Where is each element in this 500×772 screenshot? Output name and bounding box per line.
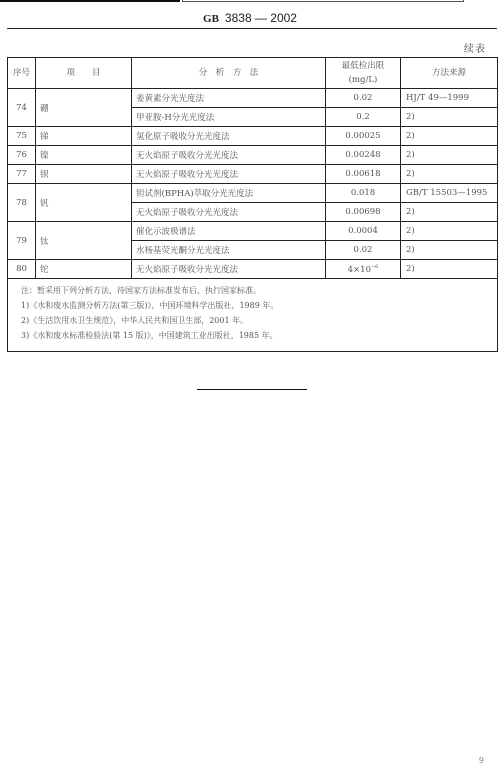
- col-header-limit-line1: 最低检出限: [330, 59, 396, 73]
- row-method: 水杨基荧光酮分光光度法: [132, 241, 326, 260]
- col-header-no: 序号: [8, 58, 36, 89]
- table-row: 74 硼 姜黄素分光光度法 0.02 HJ/T 49—1999: [8, 89, 498, 108]
- row-source: 2): [401, 241, 498, 260]
- row-limit: 0.00248: [326, 146, 401, 165]
- table-row: 76 镍 无火焰原子吸收分光光度法 0.00248 2): [8, 146, 498, 165]
- row-limit: 4×10−6: [326, 260, 401, 279]
- col-header-method: 分 析 方 法: [132, 58, 326, 89]
- top-scan-edge: [182, 0, 464, 2]
- document-end-rule: [197, 389, 307, 390]
- row-limit: 0.2: [326, 108, 401, 127]
- row-source: 2): [401, 127, 498, 146]
- row-method: 无火焰原子吸收分光光度法: [132, 146, 326, 165]
- table-notes-row: 注：暂采用下列分析方法，待国家方法标准发布后，执行国家标准。 1)《水和废水监测…: [8, 279, 498, 352]
- table-row: 78 钒 钽试剂(BPHA)萃取分光光度法 0.018 GB/T 15503—1…: [8, 184, 498, 203]
- row-source: 2): [401, 222, 498, 241]
- row-method: 无火焰原子吸收分光光度法: [132, 203, 326, 222]
- table-row: 79 钛 催化示波极谱法 0.0004 2): [8, 222, 498, 241]
- row-limit: 0.02: [326, 89, 401, 108]
- note-line: 注：暂采用下列分析方法，待国家方法标准发布后，执行国家标准。: [21, 283, 487, 298]
- row-source: 2): [401, 260, 498, 279]
- row-number: 77: [8, 165, 36, 184]
- page-number: 9: [479, 756, 484, 765]
- row-source: 2): [401, 108, 498, 127]
- standard-prefix: GB: [203, 13, 219, 25]
- row-number: 75: [8, 127, 36, 146]
- row-method: 催化示波极谱法: [132, 222, 326, 241]
- row-limit: 0.018: [326, 184, 401, 203]
- row-item: 钛: [36, 222, 132, 260]
- row-number: 74: [8, 89, 36, 127]
- row-source: 2): [401, 203, 498, 222]
- header-rule: [7, 28, 497, 29]
- col-header-limit-line2: (mg/L): [330, 73, 396, 87]
- col-header-source: 方法来源: [401, 58, 498, 89]
- row-item: 钡: [36, 165, 132, 184]
- table-notes: 注：暂采用下列分析方法，待国家方法标准发布后，执行国家标准。 1)《水和废水监测…: [8, 279, 498, 352]
- row-source: 2): [401, 165, 498, 184]
- row-method: 甲亚胺-H分光光度法: [132, 108, 326, 127]
- top-border-line: [0, 0, 180, 3]
- row-number: 78: [8, 184, 36, 222]
- row-source: 2): [401, 146, 498, 165]
- note-line: 1)《水和废水监测分析方法(第三版)》，中国环境科学出版社，1989 年。: [21, 298, 487, 313]
- detection-method-table: 序号 项 目 分 析 方 法 最低检出限 (mg/L) 方法来源 74 硼 姜黄…: [7, 57, 498, 352]
- row-source: HJ/T 49—1999: [401, 89, 498, 108]
- col-header-item: 项 目: [36, 58, 132, 89]
- standard-number: 3838 — 2002: [225, 11, 297, 25]
- note-line: 2)《生活饮用水卫生规范》，中华人民共和国卫生部，2001 年。: [21, 313, 487, 328]
- limit-base: 4×10: [348, 264, 371, 274]
- limit-exponent: −6: [371, 264, 378, 270]
- row-limit: 0.0004: [326, 222, 401, 241]
- row-method: 姜黄素分光光度法: [132, 89, 326, 108]
- row-number: 79: [8, 222, 36, 260]
- row-method: 无火焰原子吸收分光光度法: [132, 165, 326, 184]
- col-header-limit: 最低检出限 (mg/L): [326, 58, 401, 89]
- row-item: 锑: [36, 127, 132, 146]
- row-limit: 0.02: [326, 241, 401, 260]
- standard-code-header: GB3838 — 2002: [0, 11, 500, 25]
- row-item: 钒: [36, 184, 132, 222]
- row-method: 无火焰原子吸收分光光度法: [132, 260, 326, 279]
- table-row: 77 钡 无火焰原子吸收分光光度法 0.00618 2): [8, 165, 498, 184]
- row-item: 硼: [36, 89, 132, 127]
- row-number: 80: [8, 260, 36, 279]
- note-line: 3)《水和废水标准检验法(第 15 版)》，中国建筑工业出版社，1985 年。: [21, 328, 487, 343]
- table-row: 80 铊 无火焰原子吸收分光光度法 4×10−6 2): [8, 260, 498, 279]
- row-method: 钽试剂(BPHA)萃取分光光度法: [132, 184, 326, 203]
- row-limit: 0.00025: [326, 127, 401, 146]
- table-header-row: 序号 项 目 分 析 方 法 最低检出限 (mg/L) 方法来源: [8, 58, 498, 89]
- row-number: 76: [8, 146, 36, 165]
- row-item: 镍: [36, 146, 132, 165]
- row-item: 铊: [36, 260, 132, 279]
- row-limit: 0.00618: [326, 165, 401, 184]
- row-source: GB/T 15503—1995: [401, 184, 498, 203]
- continued-table-label: 续表: [464, 40, 486, 55]
- row-limit: 0.00698: [326, 203, 401, 222]
- table-row: 75 锑 氢化原子吸收分光光度法 0.00025 2): [8, 127, 498, 146]
- row-method: 氢化原子吸收分光光度法: [132, 127, 326, 146]
